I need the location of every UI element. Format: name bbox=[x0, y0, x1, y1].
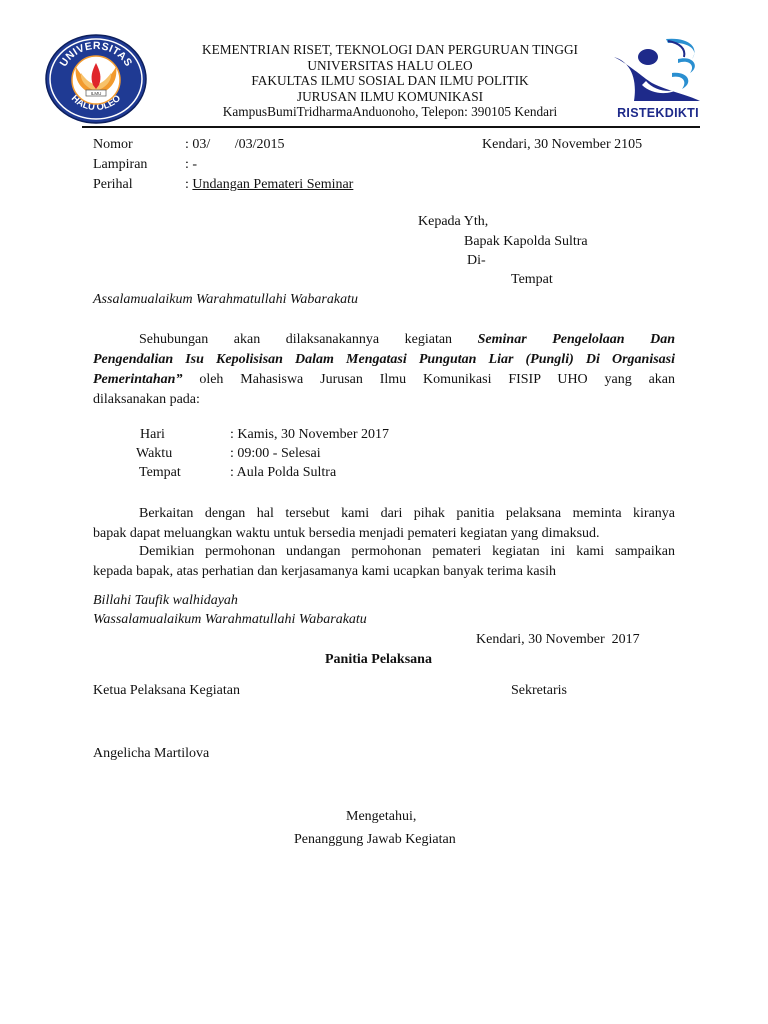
letterhead-divider bbox=[82, 126, 700, 128]
perihal-value: Undangan Pemateri Seminar bbox=[192, 177, 353, 192]
body-paragraph-1: Sehubungan akan dilaksanakannya kegiatan… bbox=[93, 330, 675, 410]
body2-line-2: bapak dapat meluangkan waktu untuk berse… bbox=[93, 524, 675, 544]
body3-line-1: Demikian permohonan undangan permohonan … bbox=[93, 542, 675, 562]
recipient-di: Di- bbox=[467, 253, 486, 269]
recipient-place: Tempat bbox=[511, 272, 553, 288]
responsible-title: Penanggung Jawab Kegiatan bbox=[294, 832, 456, 848]
acknowledged-label: Mengetahui, bbox=[346, 809, 416, 825]
perihal-value-wrap: : Undangan Pemateri Seminar bbox=[185, 177, 353, 193]
ristekdikti-logo-icon: RISTEKDIKTI bbox=[608, 35, 708, 121]
schedule-day-label: Hari bbox=[140, 427, 165, 443]
closing-billahi: Billahi Taufik walhidayah bbox=[93, 593, 238, 609]
schedule-time-label: Waktu bbox=[136, 446, 172, 462]
nomor-label: Nomor bbox=[93, 137, 133, 153]
letterhead-ministry: KEMENTRIAN RISET, TEKNOLOGI DAN PERGURUA… bbox=[150, 42, 630, 58]
secretary-title: Sekretaris bbox=[511, 683, 567, 699]
recipient-name: Bapak Kapolda Sultra bbox=[464, 234, 588, 250]
letterhead-department: JURUSAN ILMU KOMUNIKASI bbox=[150, 89, 630, 105]
perihal-label: Perihal bbox=[93, 177, 133, 193]
chair-name: Angelicha Martilova bbox=[93, 746, 209, 762]
lampiran-value: : - bbox=[185, 157, 197, 173]
letterhead-university: UNIVERSITAS HALU OLEO bbox=[150, 58, 630, 74]
chair-title: Ketua Pelaksana Kegiatan bbox=[93, 683, 240, 699]
svg-text:ILMU: ILMU bbox=[91, 91, 102, 96]
svg-text:RISTEKDIKTI: RISTEKDIKTI bbox=[617, 106, 699, 120]
place-date-top: Kendari, 30 November 2105 bbox=[482, 137, 642, 153]
opening-salutation: Assalamualaikum Warahmatullahi Wabarakat… bbox=[93, 292, 358, 308]
letterhead: KEMENTRIAN RISET, TEKNOLOGI DAN PERGURUA… bbox=[150, 42, 630, 120]
committee-title: Panitia Pelaksana bbox=[325, 652, 432, 668]
schedule-place-value: : Aula Polda Sultra bbox=[230, 465, 336, 481]
closing-salutation: Wassalamualaikum Warahmatullahi Wabaraka… bbox=[93, 612, 367, 628]
place-date-bottom: Kendari, 30 November 2017 bbox=[476, 632, 640, 648]
body2-line-1: Berkaitan dengan hal tersebut kami dari … bbox=[93, 504, 675, 524]
nomor-value: : 03/ /03/2015 bbox=[185, 137, 285, 153]
body1-line-4: dilaksanakan pada: bbox=[93, 390, 675, 410]
body1-line-2: Pengendalian Isu Kepolisisan Dalam Menga… bbox=[93, 350, 675, 370]
schedule-day-value: : Kamis, 30 November 2017 bbox=[230, 427, 389, 443]
body1-line-1: Sehubungan akan dilaksanakannya kegiatan… bbox=[93, 330, 675, 350]
letterhead-address: KampusBumiTridharmaAnduonoho, Telepon: 3… bbox=[150, 104, 630, 120]
lampiran-label: Lampiran bbox=[93, 157, 147, 173]
body-paragraph-2: Berkaitan dengan hal tersebut kami dari … bbox=[93, 504, 675, 544]
recipient-greeting: Kepada Yth, bbox=[418, 214, 488, 230]
letterhead-faculty: FAKULTAS ILMU SOSIAL DAN ILMU POLITIK bbox=[150, 73, 630, 89]
body3-line-2: kepada bapak, atas perhatian dan kerjasa… bbox=[93, 562, 675, 582]
schedule-time-value: : 09:00 - Selesai bbox=[230, 446, 321, 462]
schedule-place-label: Tempat bbox=[139, 465, 181, 481]
body1-line-3: Pemerintahan” oleh Mahasiswa Jurusan Ilm… bbox=[93, 370, 675, 390]
university-seal-icon: UNIVERSITAS HALU OLEO ILMU bbox=[44, 33, 148, 125]
body-paragraph-3: Demikian permohonan undangan permohonan … bbox=[93, 542, 675, 582]
